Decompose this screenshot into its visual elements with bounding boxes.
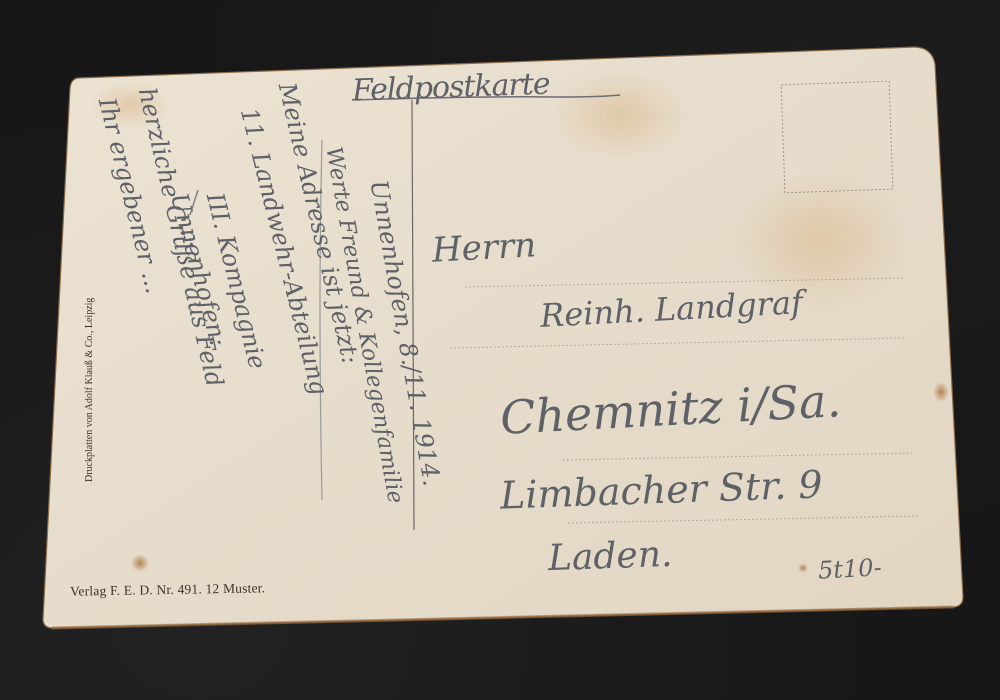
pencil-note: 5t10- — [817, 553, 882, 584]
publisher-imprint: Verlag F. E. D. Nr. 491. 12 Muster. — [70, 580, 266, 599]
printer-imprint: Druckplatten von Adolf Klauß & Co., Leip… — [84, 298, 95, 482]
address-salutation: Herrn — [431, 225, 537, 270]
address-extra: Laden. — [547, 534, 673, 579]
postcard: Verlag F. E. D. Nr. 491. 12 Muster. Druc… — [0, 0, 1000, 700]
postcard-heading: Feldpostkarte — [351, 67, 550, 109]
